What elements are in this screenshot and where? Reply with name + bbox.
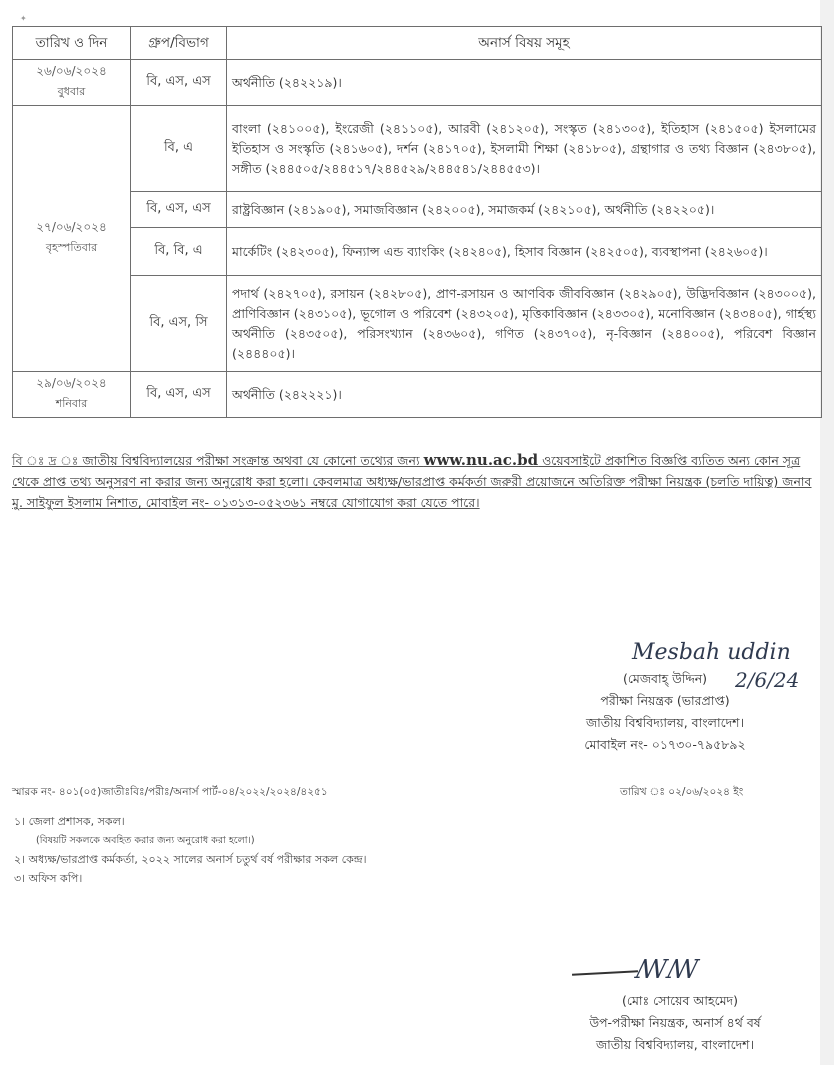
- signature-1: Mesbah uddin: [632, 640, 791, 665]
- distribution-item: ১। জেলা প্রশাসক, সকল। (বিষয়টি সকলকে অবহ…: [14, 812, 367, 850]
- group-cell: বি, বি, এ: [131, 228, 227, 276]
- signatory-1-title: পরীক্ষা নিয়ন্ত্রক (ভারপ্রাপ্ত): [560, 690, 770, 712]
- signatory-2-org: জাতীয় বিশ্ববিদ্যালয়, বাংলাদেশ।: [540, 1034, 810, 1056]
- table-row: ২৯/০৬/২০২৪ শনিবার বি, এস, এস অর্থনীতি (২…: [13, 372, 822, 418]
- exam-date: ২৬/০৬/২০২৪: [18, 63, 125, 83]
- memo-reference: স্মারক নং- ৪০১(০৫)জাতীঃবিঃ/পরীঃ/অনার্স প…: [12, 785, 328, 802]
- signature-1-date: 2/6/24: [735, 668, 799, 692]
- distribution-list: ১। জেলা প্রশাসক, সকল। (বিষয়টি সকলকে অবহ…: [14, 812, 367, 888]
- signature-2: ꟿꟿ: [636, 955, 698, 985]
- distribution-item-text: ১। জেলা প্রশাসক, সকল।: [14, 815, 125, 828]
- distribution-item: ২। অধ্যক্ষ/ভারপ্রাপ্ত কর্মকর্তা, ২০২২ সা…: [14, 850, 367, 869]
- exam-day: শনিবার: [18, 395, 125, 414]
- group-cell: বি, এস, সি: [131, 276, 227, 372]
- distribution-item: ৩। অফিস কপি।: [14, 869, 367, 888]
- header-subjects: অনার্স বিষয় সমূহ: [227, 27, 822, 60]
- distribution-item-subnote: (বিষয়টি সকলকে অবহিত করার জন্য অনুরোধ কর…: [14, 831, 367, 850]
- signatory-1-name: (মেজবাহ্ উদ্দিন): [590, 668, 740, 690]
- signature-2-stroke: [572, 970, 638, 975]
- subjects-cell: অর্থনীতি (২৪২২১৯)।: [227, 60, 822, 106]
- date-cell: ২৭/০৬/২০২৪ বৃহস্পতিবার: [13, 106, 131, 372]
- exam-day: বৃহস্পতিবার: [18, 239, 125, 258]
- subjects-cell: রাষ্ট্রবিজ্ঞান (২৪১৯০৫), সমাজবিজ্ঞান (২৪…: [227, 192, 822, 228]
- subjects-cell: পদার্থ (২৪২৭০৫), রসায়ন (২৪২৮০৫), প্রাণ-…: [227, 276, 822, 372]
- subjects-cell: অর্থনীতি (২৪২২২১)।: [227, 372, 822, 418]
- scan-mark: ✦: [20, 14, 27, 23]
- table-row: বি, এস, এস রাষ্ট্রবিজ্ঞান (২৪১৯০৫), সমাজ…: [13, 192, 822, 228]
- subjects-cell: মার্কেটিং (২৪২৩০৫), ফিন্যান্স এন্ড ব্যাং…: [227, 228, 822, 276]
- header-group: গ্রুপ/বিভাগ: [131, 27, 227, 60]
- date-cell: ২৯/০৬/২০২৪ শনিবার: [13, 372, 131, 418]
- table-row: ২৬/০৬/২০২৪ বুধবার বি, এস, এস অর্থনীতি (২…: [13, 60, 822, 106]
- subjects-cell: বাংলা (২৪১০০৫), ইংরেজী (২৪১১০৫), আরবী (২…: [227, 106, 822, 192]
- group-cell: বি, এস, এস: [131, 60, 227, 106]
- note-text-before: জাতীয় বিশ্ববিদ্যালয়ের পরীক্ষা সংক্রান্…: [78, 453, 423, 468]
- group-cell: বি, এ: [131, 106, 227, 192]
- scan-edge-strip: [820, 0, 834, 1065]
- header-date: তারিখ ও দিন: [13, 27, 131, 60]
- exam-schedule-table: তারিখ ও দিন গ্রুপ/বিভাগ অনার্স বিষয় সমূ…: [12, 26, 822, 418]
- signatory-2-title: উপ-পরীক্ষা নিয়ন্ত্রক, অনার্স ৪র্থ বর্ষ: [540, 1012, 810, 1034]
- exam-day: বুধবার: [18, 83, 125, 102]
- date-cell: ২৬/০৬/২০২৪ বুধবার: [13, 60, 131, 106]
- group-cell: বি, এস, এস: [131, 372, 227, 418]
- group-cell: বি, এস, এস: [131, 192, 227, 228]
- table-header-row: তারিখ ও দিন গ্রুপ/বিভাগ অনার্স বিষয় সমূ…: [13, 27, 822, 60]
- table-row: বি, বি, এ মার্কেটিং (২৪২৩০৫), ফিন্যান্স …: [13, 228, 822, 276]
- signatory-1-mobile: মোবাইল নং- ০১৭৩০-৭৯৫৮৯২: [540, 734, 790, 756]
- website-link[interactable]: www.nu.ac.bd: [424, 451, 539, 469]
- exam-date: ২৭/০৬/২০২৪: [18, 219, 125, 239]
- table-row: ২৭/০৬/২০২৪ বৃহস্পতিবার বি, এ বাংলা (২৪১০…: [13, 106, 822, 192]
- table-row: বি, এস, সি পদার্থ (২৪২৭০৫), রসায়ন (২৪২৮…: [13, 276, 822, 372]
- exam-date: ২৯/০৬/২০২৪: [18, 375, 125, 395]
- signatory-1-org: জাতীয় বিশ্ববিদ্যালয়, বাংলাদেশ।: [540, 712, 790, 734]
- notice-note: বি ঃ দ্র ঃ জাতীয় বিশ্ববিদ্যালয়ের পরীক্…: [12, 450, 822, 513]
- note-label: বি ঃ দ্র ঃ: [12, 453, 78, 468]
- signatory-2-name: (মোঃ সোয়েব আহমেদ): [590, 990, 770, 1012]
- memo-date: তারিখ ঃ ০২/০৬/২০২৪ ইং: [620, 785, 743, 802]
